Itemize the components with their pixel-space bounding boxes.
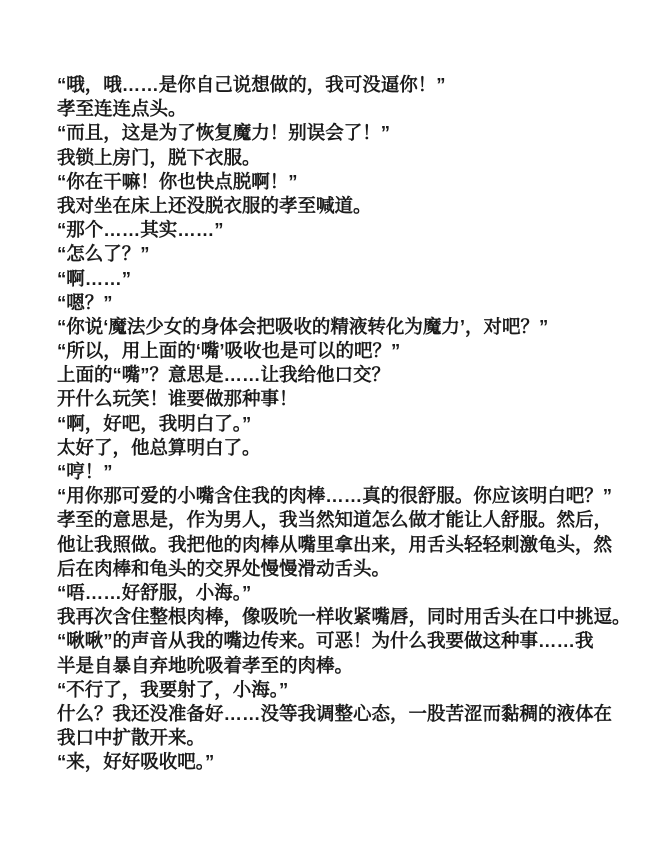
- text-line: “哦，哦……是你自己说想做的，我可没逼你！”: [57, 73, 617, 97]
- text-line: 什么？我还没准备好……没等我调整心态，一股苦涩而黏稠的液体在: [57, 702, 617, 726]
- text-line: “啊……”: [57, 267, 617, 291]
- text-line: “啊，好吧，我明白了。”: [57, 412, 617, 436]
- text-line: 太好了，他总算明白了。: [57, 436, 617, 460]
- text-line: 我锁上房门，脱下衣服。: [57, 146, 617, 170]
- text-line: “嗯？”: [57, 291, 617, 315]
- text-line: 我对坐在床上还没脱衣服的孝至喊道。: [57, 194, 617, 218]
- text-line: “不行了，我要射了，小海。”: [57, 678, 617, 702]
- text-line: 半是自暴自弃地吮吸着孝至的肉棒。: [57, 654, 617, 678]
- text-line: 孝至的意思是，作为男人，我当然知道怎么做才能让人舒服。然后，: [57, 508, 617, 532]
- novel-text-block: “哦，哦……是你自己说想做的，我可没逼你！” 孝至连连点头。 “而且，这是为了恢…: [57, 73, 617, 774]
- text-line: 我再次含住整根肉棒，像吸吮一样收紧嘴唇，同时用舌头在口中挑逗。: [57, 605, 617, 629]
- text-line: 他让我照做。我把他的肉棒从嘴里拿出来，用舌头轻轻刺激龟头，然: [57, 533, 617, 557]
- text-line: 开什么玩笑！谁要做那种事！: [57, 387, 617, 411]
- text-line: “那个……其实……”: [57, 218, 617, 242]
- text-line: 我口中扩散开来。: [57, 726, 617, 750]
- text-line: “而且，这是为了恢复魔力！别误会了！”: [57, 121, 617, 145]
- text-line: “你说‘魔法少女的身体会把吸收的精液转化为魔力’，对吧？”: [57, 315, 617, 339]
- novel-page: “哦，哦……是你自己说想做的，我可没逼你！” 孝至连连点头。 “而且，这是为了恢…: [0, 0, 650, 850]
- text-line: “用你那可爱的小嘴含住我的肉棒……真的很舒服。你应该明白吧？”: [57, 484, 617, 508]
- text-line: “怎么了？”: [57, 242, 617, 266]
- text-line: “啾啾”的声音从我的嘴边传来。可恶！为什么我要做这种事……我: [57, 629, 617, 653]
- text-line: “哼！”: [57, 460, 617, 484]
- text-line: “你在干嘛！你也快点脱啊！”: [57, 170, 617, 194]
- text-line: 后在肉棒和龟头的交界处慢慢滑动舌头。: [57, 557, 617, 581]
- text-line: 上面的“嘴”？意思是……让我给他口交？: [57, 363, 617, 387]
- text-line: “来，好好吸收吧。”: [57, 750, 617, 774]
- text-line: “所以，用上面的‘嘴’吸收也是可以的吧？”: [57, 339, 617, 363]
- text-line: “唔……好舒服，小海。”: [57, 581, 617, 605]
- text-line: 孝至连连点头。: [57, 97, 617, 121]
